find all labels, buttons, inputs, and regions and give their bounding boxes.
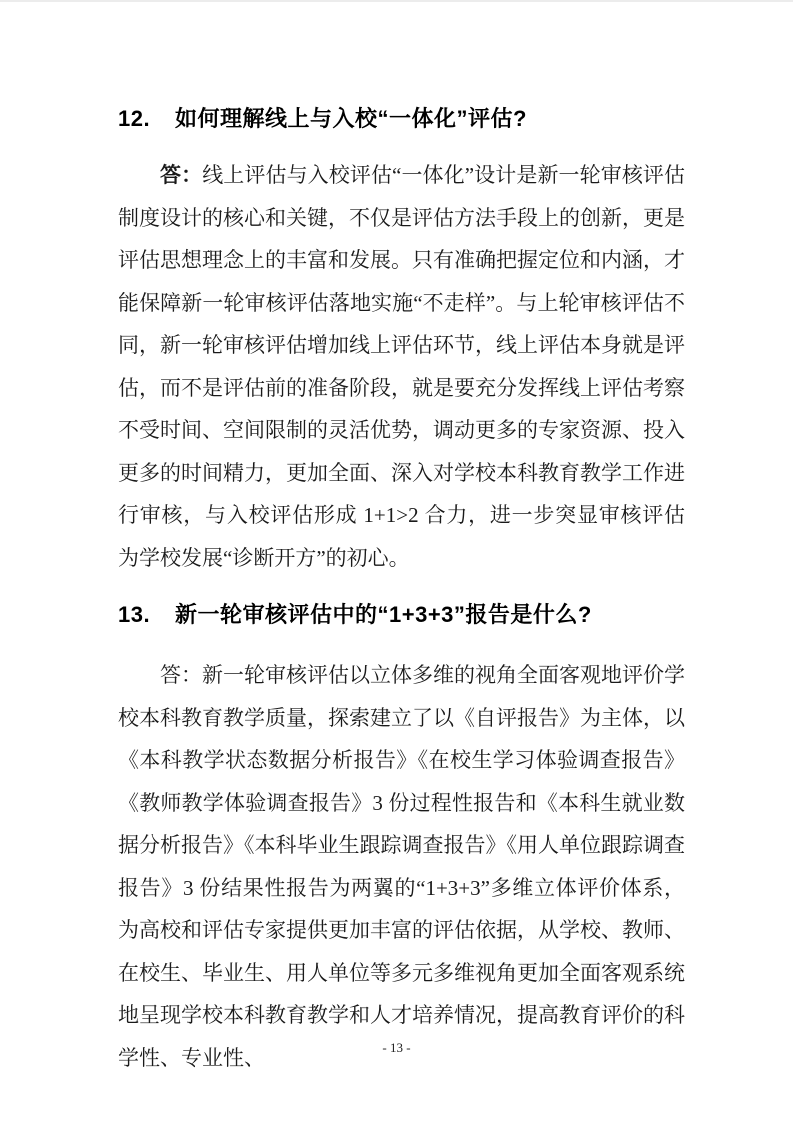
answer-text: 新一轮审核评估以立体多维的视角全面客观地评价学校本科教育教学质量，探索建立了以《… [118,663,685,1070]
answer-label: 答： [160,663,202,687]
question-title: 新一轮审核评估中的“1+3+3”报告是什么? [175,600,685,630]
question-number: 12. [118,104,175,134]
answer-paragraph-12: 答：线上评估与入校评估“一体化”设计是新一轮审核评估制度设计的核心和关键，不仅是… [118,154,685,579]
document-page: 12. 如何理解线上与入校“一体化”评估? 答：线上评估与入校评估“一体化”设计… [0,0,793,1122]
answer-paragraph-13: 答：新一轮审核评估以立体多维的视角全面客观地评价学校本科教育教学质量，探索建立了… [118,654,685,1079]
question-heading-12: 12. 如何理解线上与入校“一体化”评估? [118,104,685,134]
question-heading-13: 13. 新一轮审核评估中的“1+3+3”报告是什么? [118,600,685,630]
page-top-edge [0,0,793,2]
qa-section-12: 12. 如何理解线上与入校“一体化”评估? 答：线上评估与入校评估“一体化”设计… [118,104,685,579]
question-title: 如何理解线上与入校“一体化”评估? [175,104,685,134]
qa-section-13: 13. 新一轮审核评估中的“1+3+3”报告是什么? 答：新一轮审核评估以立体多… [118,600,685,1079]
page-content: 12. 如何理解线上与入校“一体化”评估? 答：线上评估与入校评估“一体化”设计… [118,104,685,1079]
page-number: - 13 - [382,1040,410,1055]
answer-text: 线上评估与入校评估“一体化”设计是新一轮审核评估制度设计的核心和关键，不仅是评估… [118,163,685,570]
question-number: 13. [118,600,175,630]
answer-label: 答： [160,163,202,187]
page-footer: - 13 - [0,1040,793,1056]
